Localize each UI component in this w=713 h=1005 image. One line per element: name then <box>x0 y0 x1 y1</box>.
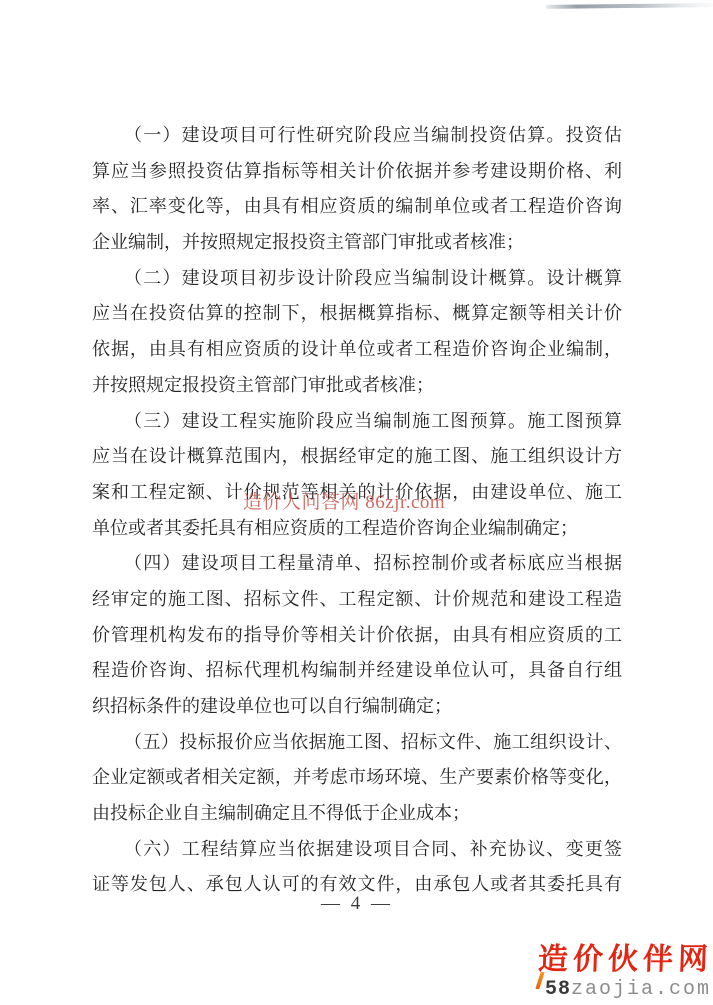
document-line: （一）建设项目可行性研究阶段应当编制投资估算。投资估 <box>92 118 622 154</box>
document-line: 经审定的施工图、招标文件、工程定额、计价规范和建设工程造 <box>92 582 622 618</box>
center-watermark: 造价人问答网 86zjr.com <box>243 491 445 515</box>
document-line: （三）建设工程实施阶段应当编制施工图预算。施工图预算 <box>92 404 622 440</box>
logo-title: 造价伙伴网 <box>537 942 713 978</box>
document-line: （二）建设项目初步设计阶段应当编制设计概算。设计概算 <box>92 261 622 297</box>
document-line: 算应当参照投资估算指标等相关计价依据并参考建设期价格、利 <box>92 154 622 190</box>
document-line: 企业定额或者相关定额，并考虑市场环境、生产要素价格等变化， <box>92 760 622 796</box>
page-number: — 4 — <box>92 891 622 917</box>
document-line: 程造价咨询、招标代理机构编制并经建设单位认可，具备自行组 <box>92 653 622 689</box>
document-line: 单位或者其委托具有相应资质的工程造价咨询企业编制确定； <box>92 511 622 547</box>
document-line: 价管理机构发布的指导价等相关计价依据，由具有相应资质的工 <box>92 618 622 654</box>
scan-streak-artifact <box>546 3 713 9</box>
document-line: 应当在投资估算的控制下，根据概算指标、概算定额等相关计价 <box>92 296 622 332</box>
document-line: 应当在设计概算范围内，根据经审定的施工图、施工组织设计方 <box>92 439 622 475</box>
document-line: 企业编制，并按照规定报投资主管部门审批或者核准； <box>92 225 622 261</box>
document-line: （四）建设项目工程量清单、招标控制价或者标底应当根据 <box>92 546 622 582</box>
document-line: （六）工程结算应当依据建设项目合同、补充协议、变更签 <box>92 832 622 868</box>
document-line: 由投标企业自主编制确定且不得低于企业成本； <box>92 796 622 832</box>
document-line: 率、汇率变化等，由具有相应资质的编制单位或者工程造价咨询 <box>92 189 622 225</box>
document-line: 依据，由具有相应资质的设计单位或者工程造价咨询企业编制， <box>92 332 622 368</box>
site-logo: 造价伙伴网 58zaojia.com <box>538 942 713 1002</box>
document-line: 并按照规定报投资主管部门审批或者核准； <box>92 368 622 404</box>
logo-url: 58zaojia.com <box>538 978 713 1002</box>
logo-site-number: 58 <box>545 978 571 1001</box>
document-line: （五）投标报价应当依据施工图、招标文件、施工组织设计、 <box>92 725 622 761</box>
document-page: { "document": { "paragraphs": [ { "lines… <box>0 0 713 1005</box>
document-line: 织招标条件的建设单位也可以自行编制确定； <box>92 689 622 725</box>
logo-site-domain: zaojia.com <box>571 978 711 1001</box>
